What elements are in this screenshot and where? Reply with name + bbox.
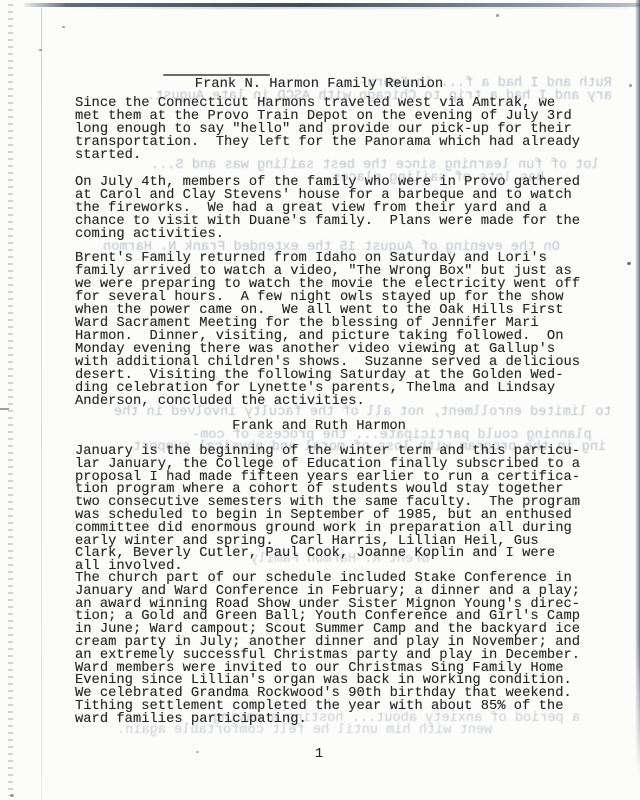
paragraph: Brent's Family returned from Idaho on Sa… [75, 252, 615, 408]
page-title: Frank N. Harmon Family Reunion [75, 78, 563, 91]
section-heading: Frank and Ruth Harmon [75, 420, 563, 433]
ink-speck [627, 262, 631, 265]
page-edge-line [41, 8, 42, 800]
ink-speck [62, 26, 65, 28]
top-edge-shadow-soft [60, 7, 630, 9]
paragraph: Since the Connecticut Harmons traveled w… [75, 97, 615, 162]
ink-speck [10, 794, 14, 797]
document-page: Ruth and I had a f... in Febru- ary and … [0, 0, 640, 800]
left-edge-dash [0, 408, 9, 410]
page-number: 1 [75, 748, 563, 761]
paragraph: January is the beginning of the winter t… [75, 446, 615, 574]
paragraph: The church part of our schedule included… [75, 573, 615, 727]
perforation-strip [8, 4, 13, 796]
ink-speck [496, 14, 499, 17]
paragraph: On July 4th, members of the family who w… [75, 176, 615, 241]
ink-speck [39, 49, 42, 51]
ink-speck [629, 84, 632, 87]
stray-mark [163, 74, 270, 76]
right-edge-shadow-fade [634, 640, 640, 800]
